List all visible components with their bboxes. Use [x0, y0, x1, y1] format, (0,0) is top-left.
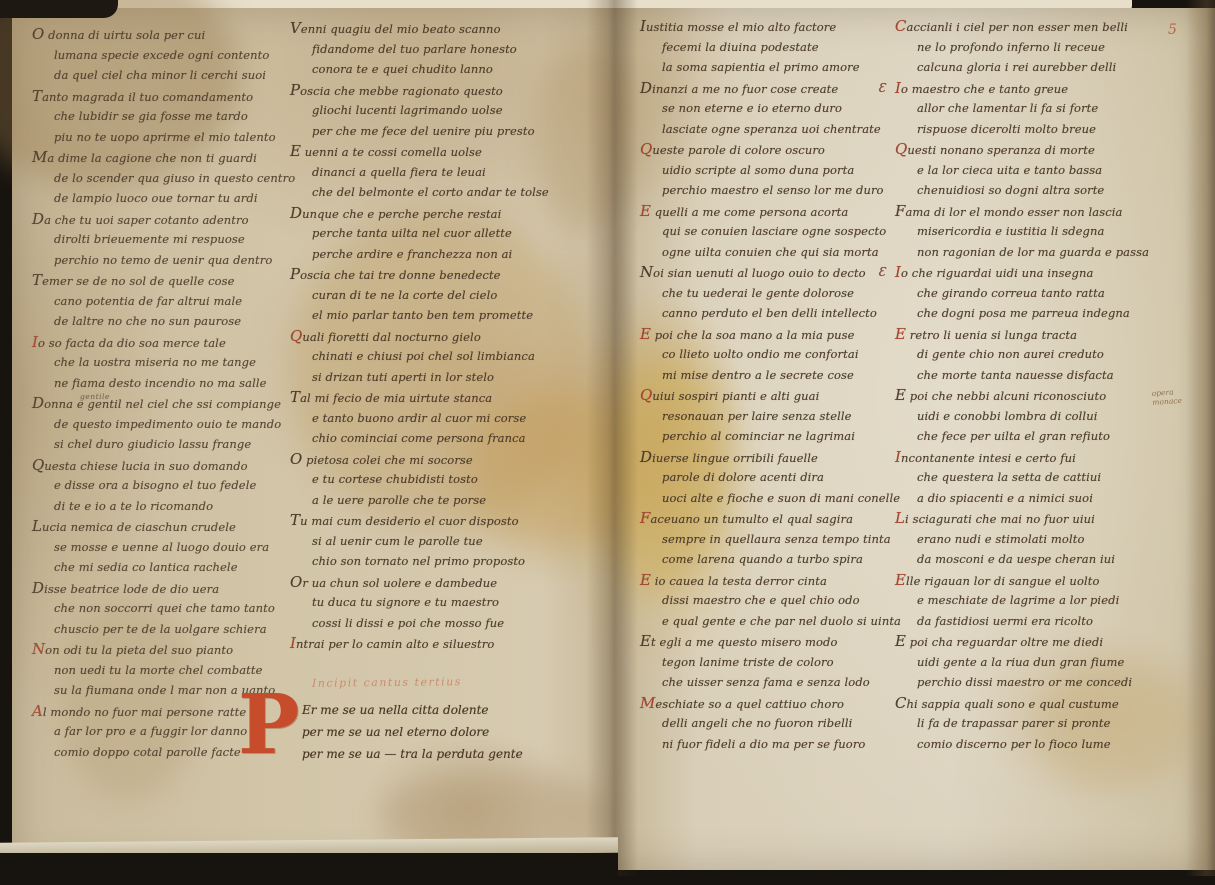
verse-line: si drizan tuti aperti in lor stelo [290, 367, 590, 388]
verse-line: da mosconi e da uespe cheran iui [895, 549, 1187, 570]
verse-initial: n [662, 737, 670, 751]
verse-initial: D [290, 204, 302, 222]
verse-initial: D [640, 448, 652, 466]
verse-line: Quali fioretti dal nocturno gielo [290, 326, 590, 347]
verse-line: Io so facta da dio soa merce tale [32, 332, 294, 353]
verse-line: da quel ciel cha minor li cerchi suoi [32, 65, 294, 86]
verse-initial: T [32, 271, 42, 289]
verse-line: Tanto magrada il tuo comandamento [32, 86, 294, 107]
verse-line: li fa de trapassar parer si pronte [895, 713, 1187, 734]
verse-line: sempre in quellaura senza tempo tinta [640, 529, 900, 550]
verse-initial: d [54, 232, 61, 246]
canto-rubric: Incipit cantus tertius [312, 675, 462, 690]
verse-line: Poscia che mebbe ragionato questo [290, 80, 590, 101]
verse-line: curan di te ne la corte del cielo [290, 285, 590, 306]
verse-line: E poi che nebbi alcuni riconosciuto [895, 385, 1187, 406]
verse-line: Lucia nemica de ciaschun crudele [32, 516, 294, 537]
verse-initial: e [917, 163, 924, 177]
verse-initial: a [917, 101, 924, 115]
verse-line: el mio parlar tanto ben tem promette [290, 305, 590, 326]
verse-initial: c [917, 286, 924, 300]
verse-line: E uenni a te cossi comella uolse [290, 141, 590, 162]
verse-line: da fastidiosi uermi era ricolto [895, 611, 1187, 632]
verse-initial: e [662, 614, 669, 628]
verse-line: chenuidiosi so dogni altra sorte [895, 180, 1187, 201]
verse-initial: L [895, 509, 905, 527]
verse-initial: d [54, 191, 61, 205]
verse-line: fecemi la diuina podestate [640, 37, 900, 58]
verse-initial: P [290, 265, 300, 283]
verse-line: Et egli a me questo misero modo [640, 631, 900, 652]
verse-initial: e [312, 411, 319, 425]
verse-line: fidandome del tuo parlare honesto [290, 39, 590, 60]
verse-initial: P [290, 81, 300, 99]
verse-line: allor che lamentar li fa si forte [895, 98, 1187, 119]
verse-line: Questi nonano speranza di morte [895, 139, 1187, 160]
verse-line: che dogni posa me parreua indegna [895, 303, 1187, 324]
verse-initial: I [32, 333, 38, 351]
verse-initial: d [662, 716, 669, 730]
verse-initial: E [640, 632, 651, 650]
verse-initial: s [54, 540, 60, 554]
verse-initial: l [917, 716, 921, 730]
verse-initial: n [917, 40, 925, 54]
verse-initial: n [54, 663, 62, 677]
verse-line: erano nudi e stimolati molto [895, 529, 1187, 550]
verse-initial: O [290, 450, 302, 468]
verse-initial: V [290, 19, 301, 37]
verse-line: perchio dissi maestro or me concedi [895, 672, 1187, 693]
verse-line: perche tanta uilta nel cuor allette [290, 223, 590, 244]
verse-line: Quiui sospiri pianti e alti guai [640, 385, 900, 406]
verse-initial: p [917, 675, 924, 689]
verse-line: se mosse e uenne al luogo douio era [32, 537, 294, 558]
verse-line: di gente chio non aurei creduto [895, 344, 1187, 365]
verse-initial: c [662, 675, 669, 689]
verse-initial: c [54, 601, 61, 615]
verse-line: E poi che la soa mano a la mia puse [640, 324, 900, 345]
paragraph-mark-icon: Ɛ [878, 262, 886, 283]
verse-initial: p [312, 247, 319, 261]
verse-initial: r [662, 409, 668, 423]
canto-incipit: Er me se ua nella citta dolente per me s… [302, 699, 523, 765]
verse-line: parole di dolore acenti dira [640, 467, 900, 488]
verse-initial: A [32, 702, 43, 720]
verse-line: uidio scripte al somo duna porta [640, 160, 900, 181]
verse-initial: c [917, 737, 924, 751]
verse-initial: s [662, 532, 668, 546]
verse-initial: D [32, 394, 44, 412]
verse-line: Da che tu uoi saper cotanto adentro [32, 209, 294, 230]
verse-line: Non odi tu la pieta del suo pianto [32, 639, 294, 660]
verse-line: piu no te uopo aprirme el mio talento [32, 127, 294, 148]
verse-initial: f [662, 40, 666, 54]
verse-line: che lubidir se gia fosse me tardo [32, 106, 294, 127]
verse-initial: c [917, 60, 924, 74]
corner-shadow [0, 0, 118, 18]
verse-initial: g [312, 103, 319, 117]
verse-line: de laltre no che no sun paurose [32, 311, 294, 332]
verse-line: mi mise dentro a le secrete cose [640, 365, 900, 386]
verse-initial: p [662, 429, 669, 443]
verse-initial: c [662, 552, 669, 566]
verse-line: perchio maestro el senso lor me duro [640, 180, 900, 201]
verse-line: Tu mai cum desiderio el cuor disposto [290, 510, 590, 531]
verse-line: cossi li dissi e poi che mosso fue [290, 613, 590, 634]
verse-line: uoci alte e fioche e suon di mani conell… [640, 488, 900, 509]
verse-initial: d [917, 552, 924, 566]
right-page-column-1: Iustitia mosse el mio alto factorefecemi… [640, 16, 900, 754]
verse-initial: C [895, 17, 907, 35]
verse-initial: r [917, 122, 923, 136]
verse-initial: T [290, 511, 300, 529]
verse-line: qui se conuien lasciare ogne sospecto [640, 221, 900, 242]
verse-initial: I [640, 17, 646, 35]
verse-line: gentileDonna e gentil nel ciel che ssi c… [32, 393, 294, 414]
verse-initial: Q [32, 456, 44, 474]
verse-initial: E [640, 571, 651, 589]
verse-line: chuscio per te de la uolgare schiera [32, 619, 294, 640]
paragraph-mark-icon: Ɛ [878, 78, 886, 99]
verse-line: Tal mi fecio de mia uirtute stanca [290, 387, 590, 408]
verse-initial: c [54, 622, 61, 636]
verse-initial: o [662, 245, 669, 259]
verse-initial: e [54, 478, 61, 492]
verse-initial: E [895, 571, 906, 589]
verse-initial: c [917, 429, 924, 443]
verse-initial: Q [640, 386, 652, 404]
verse-line: co llieto uolto ondio me confortai [640, 344, 900, 365]
verse-initial: I [895, 79, 901, 97]
verse-initial: c [312, 62, 319, 76]
background-bottom [618, 876, 1215, 885]
verse-initial: q [662, 224, 669, 238]
illuminated-initial-P: P [238, 690, 300, 760]
verse-line: la soma sapientia el primo amore [640, 57, 900, 78]
verse-line: e disse ora a bisogno el tuo fedele [32, 475, 294, 496]
verse-initial: c [312, 288, 319, 302]
verse-initial: L [32, 517, 42, 535]
verse-line: perchio no temo de uenir qua dentro [32, 250, 294, 271]
verse-line: a dio spiacenti e a nimici suoi [895, 488, 1187, 509]
verse-initial: I [895, 263, 901, 281]
verse-line: comio discerno per lo fioco lume [895, 734, 1187, 755]
verse-line: lumana specie excede ogni contento [32, 45, 294, 66]
verse-line: Venni quagiu del mio beato scanno [290, 18, 590, 39]
verse-initial: Q [290, 327, 302, 345]
verse-initial: c [54, 109, 61, 123]
verse-line: Ma dime la cagione che non ti guardi [32, 147, 294, 168]
verse-line: chio cominciai come persona franca [290, 428, 590, 449]
verse-line: E io cauea la testa derror cinta [640, 570, 900, 591]
verse-line: O donna di uirtu sola per cui [32, 24, 294, 45]
verse-line: misericordia e iustitia li sdegna [895, 221, 1187, 242]
verse-initial: a [917, 491, 924, 505]
verse-line: che morte tanta nauesse disfacta [895, 365, 1187, 386]
verse-initial: E [290, 142, 301, 160]
verse-initial: M [640, 694, 655, 712]
verse-initial: p [662, 183, 669, 197]
verse-line: calcuna gloria i rei aurebber delli [895, 57, 1187, 78]
verse-initial: s [312, 370, 318, 384]
verse-initial: c [662, 286, 669, 300]
verse-line: perchio al cominciar ne lagrimai [640, 426, 900, 447]
verse-line: gliochi lucenti lagrimando uolse [290, 100, 590, 121]
verse-line: Caccianli i ciel per non esser men belli [895, 16, 1187, 37]
verse-initial: D [32, 210, 44, 228]
verse-line: che mi sedia co lantica rachele [32, 557, 294, 578]
left-page-column-1: O donna di uirtu sola per cuilumana spec… [32, 24, 294, 762]
verse-initial: N [32, 640, 45, 658]
verse-initial: F [895, 202, 905, 220]
verse-initial: c [312, 185, 319, 199]
verse-initial: N [640, 263, 653, 281]
verse-line: che girando correua tanto ratta [895, 283, 1187, 304]
left-page-column-2: Venni quagiu del mio beato scannofidando… [290, 18, 590, 654]
verse-line: di te e io a te lo ricomando [32, 496, 294, 517]
verse-initial: I [290, 634, 296, 652]
verse-line: che fece per uilta el gran refiuto [895, 426, 1187, 447]
verse-initial: m [917, 224, 928, 238]
verse-initial: d [662, 593, 669, 607]
verse-initial: c [662, 347, 669, 361]
verse-line: resonauan per laire senza stelle [640, 406, 900, 427]
verse-line: per me se ua nel eterno dolore [302, 721, 523, 743]
verse-initial: d [54, 417, 61, 431]
verse-initial: M [32, 148, 47, 166]
verse-initial: c [54, 745, 61, 759]
verse-line: chinati e chiusi poi chel sol limbianca [290, 346, 590, 367]
verse-initial: p [312, 226, 319, 240]
verse-initial: e [917, 532, 924, 546]
verse-line: Intrai per lo camin alto e siluestro [290, 633, 590, 654]
verse-line: dinanci a quella fiera te leuai [290, 162, 590, 183]
verse-initial: l [54, 48, 58, 62]
right-page-column-2: Caccianli i ciel per non esser men belli… [895, 16, 1187, 754]
verse-initial: m [662, 368, 673, 382]
verse-initial: u [917, 409, 925, 423]
verse-initial: E [895, 386, 906, 404]
verse-initial: s [54, 437, 60, 451]
verse-initial: d [917, 347, 924, 361]
verse-line: e la lor cieca uita e tanto bassa [895, 160, 1187, 181]
verse-initial: e [917, 593, 924, 607]
verse-line: Chi sappia quali sono e qual custume [895, 693, 1187, 714]
verse-line: e qual gente e che par nel duolo si uint… [640, 611, 900, 632]
verse-line: canno perduto el ben delli intellecto [640, 303, 900, 324]
verse-initial: F [640, 509, 650, 527]
verse-initial: E [640, 325, 651, 343]
verse-initial: Q [895, 140, 907, 158]
verse-initial: T [32, 87, 42, 105]
verse-line: Poscia che tai tre donne benedecte [290, 264, 590, 285]
verse-line: si al uenir cum le parolle tue [290, 531, 590, 552]
verse-line: si chel duro giudicio lassu frange [32, 434, 294, 455]
verse-line: Temer se de no sol de quelle cose [32, 270, 294, 291]
verse-line: Dinanzi a me no fuor cose create [640, 78, 900, 99]
verse-initial: u [917, 655, 925, 669]
verse-line: Faceuano un tumulto el qual sagira [640, 508, 900, 529]
verse-initial: Q [640, 140, 652, 158]
verse-line: per che me fece del uenire piu presto [290, 121, 590, 142]
verse-line: ni fuor fideli a dio ma per se fuoro [640, 734, 900, 755]
verse-initial: C [895, 694, 907, 712]
verse-line: non ragonian de lor ma guarda e passa [895, 242, 1187, 263]
verse-initial: p [54, 253, 61, 267]
verse-line: Fama di lor el mondo esser non lascia [895, 201, 1187, 222]
verse-initial: c [312, 554, 319, 568]
verse-initial: t [662, 655, 667, 669]
verse-line: de lampio luoco oue tornar tu ardi [32, 188, 294, 209]
verse-initial: d [54, 171, 61, 185]
verse-initial: O [290, 573, 302, 591]
verse-line: uidi e conobbi lombra di collui [895, 406, 1187, 427]
verse-initial: p [54, 130, 61, 144]
verse-initial: c [312, 616, 319, 630]
verse-line: Diuerse lingue orribili fauelle [640, 447, 900, 468]
verse-initial: l [662, 122, 666, 136]
verse-initial: c [917, 306, 924, 320]
verse-line: E poi cha reguardar oltre me diedi [895, 631, 1187, 652]
verse-initial: D [32, 579, 44, 597]
background-bottom [0, 853, 618, 885]
verse-initial: c [54, 355, 61, 369]
verse-line: Queste parole di colore oscuro [640, 139, 900, 160]
verse-line: Dunque che e perche perche restai [290, 203, 590, 224]
verse-initial: l [662, 60, 666, 74]
verse-line: e tu cortese chubidisti tosto [290, 469, 590, 490]
verse-line: Or ua chun sol uolere e dambedue [290, 572, 590, 593]
verse-line: ƐIo che riguardai uidi una insegna [895, 262, 1187, 283]
verse-line: ƐIo maestro che e tanto greue [895, 78, 1187, 99]
verse-initial: e [312, 308, 319, 322]
verse-line: Disse beatrice lode de dio uera [32, 578, 294, 599]
verse-initial: c [312, 349, 319, 363]
verse-line: tegon lanime triste de coloro [640, 652, 900, 673]
verse-initial: E [640, 202, 651, 220]
verse-initial: c [917, 470, 924, 484]
verse-line: dirolti brieuemente mi respuose [32, 229, 294, 250]
verse-line: E retro li uenia si lunga tracta [895, 324, 1187, 345]
verse-initial: u [662, 491, 670, 505]
verse-initial: a [54, 724, 61, 738]
verse-initial: c [917, 183, 924, 197]
verse-line: Incontanente intesi e certo fui [895, 447, 1187, 468]
verse-line: e tanto buono ardir al cuor mi corse [290, 408, 590, 429]
manuscript-photo: O donna di uirtu sola per cuilumana spec… [0, 0, 1215, 885]
verse-initial: s [54, 683, 60, 697]
verse-initial: s [312, 534, 318, 548]
verse-initial: u [662, 163, 670, 177]
page-edge-right [1186, 0, 1215, 885]
verse-line: a le uere parolle che te porse [290, 490, 590, 511]
verse-initial: D [640, 79, 652, 97]
binding-gutter [586, 0, 638, 885]
verse-initial: c [54, 560, 61, 574]
verse-initial: d [54, 314, 61, 328]
verse-line: de lo scender qua giuso in questo centro [32, 168, 294, 189]
verse-line: se non eterne e io eterno duro [640, 98, 900, 119]
verse-initial: d [54, 68, 61, 82]
verse-line: O pietosa colei che mi socorse [290, 449, 590, 470]
verse-initial: n [917, 245, 925, 259]
verse-initial: a [312, 493, 319, 507]
verse-initial: n [54, 376, 62, 390]
verse-initial: c [312, 431, 319, 445]
verse-line: Elle rigauan lor di sangue el uolto [895, 570, 1187, 591]
verse-initial: s [662, 101, 668, 115]
verse-line: Meschiate so a quel cattiuo choro [640, 693, 900, 714]
verse-line: delli angeli che no fuoron ribelli [640, 713, 900, 734]
verse-initial: d [54, 499, 61, 513]
interlinear-gloss: gentile [80, 387, 110, 408]
verse-initial: I [895, 448, 901, 466]
verse-initial: E [895, 325, 906, 343]
verse-line: che non soccorri quei che tamo tanto [32, 598, 294, 619]
verse-line: chio son tornato nel primo proposto [290, 551, 590, 572]
verse-initial: c [917, 368, 924, 382]
verse-line: lasciate ogne speranza uoi chentrate [640, 119, 900, 140]
verse-line: che uisser senza fama e senza lodo [640, 672, 900, 693]
verse-line: cano potentia de far altrui male [32, 291, 294, 312]
verse-line: ne lo profondo inferno li receue [895, 37, 1187, 58]
verse-initial: d [917, 614, 924, 628]
verse-line: uidi gente a la riua dun gran fiume [895, 652, 1187, 673]
verse-line: ne fiama desto incendio no ma salle [32, 373, 294, 394]
verse-line: perche ardire e franchezza non ai [290, 244, 590, 265]
verse-initial: t [312, 595, 317, 609]
verse-line: come larena quando a turbo spira [640, 549, 900, 570]
verse-line: E quelli a me come persona acorta [640, 201, 900, 222]
verse-line: Iustitia mosse el mio alto factore [640, 16, 900, 37]
verse-line: per me se ua — tra la perduta gente [302, 743, 523, 765]
verse-initial: c [662, 306, 669, 320]
verse-initial: f [312, 42, 316, 56]
verse-line: rispuose dicerolti molto breue [895, 119, 1187, 140]
verse-initial: p [312, 124, 319, 138]
verse-line: che questera la setta de cattiui [895, 467, 1187, 488]
folio-number: 5 [1168, 22, 1177, 38]
verse-initial: e [312, 472, 319, 486]
verse-line: che del belmonte el corto andar te tolse [290, 182, 590, 203]
verse-initial: E [895, 632, 906, 650]
verse-line: de questo impedimento ouio te mando [32, 414, 294, 435]
verse-line: Noi sian uenuti al luogo ouio to decto [640, 262, 900, 283]
verse-line: che tu uederai le gente dolorose [640, 283, 900, 304]
verse-initial: T [290, 388, 300, 406]
verse-line: tu duca tu signore e tu maestro [290, 592, 590, 613]
verse-line: Questa chiese lucia in suo domando [32, 455, 294, 476]
verse-initial: d [312, 165, 319, 179]
verse-line: conora te e quei chudito lanno [290, 59, 590, 80]
verse-line: che la uostra miseria no me tange [32, 352, 294, 373]
verse-initial: c [54, 294, 61, 308]
verse-line: e meschiate de lagrime a lor piedi [895, 590, 1187, 611]
verse-initial: p [662, 470, 669, 484]
verse-line: dissi maestro che e quel chio odo [640, 590, 900, 611]
verse-line: Li sciagurati che mai no fuor uiui [895, 508, 1187, 529]
verse-line: Er me se ua nella citta dolente [302, 699, 523, 721]
verse-line: ogne uilta conuien che qui sia morta [640, 242, 900, 263]
verse-initial: O [32, 25, 44, 43]
